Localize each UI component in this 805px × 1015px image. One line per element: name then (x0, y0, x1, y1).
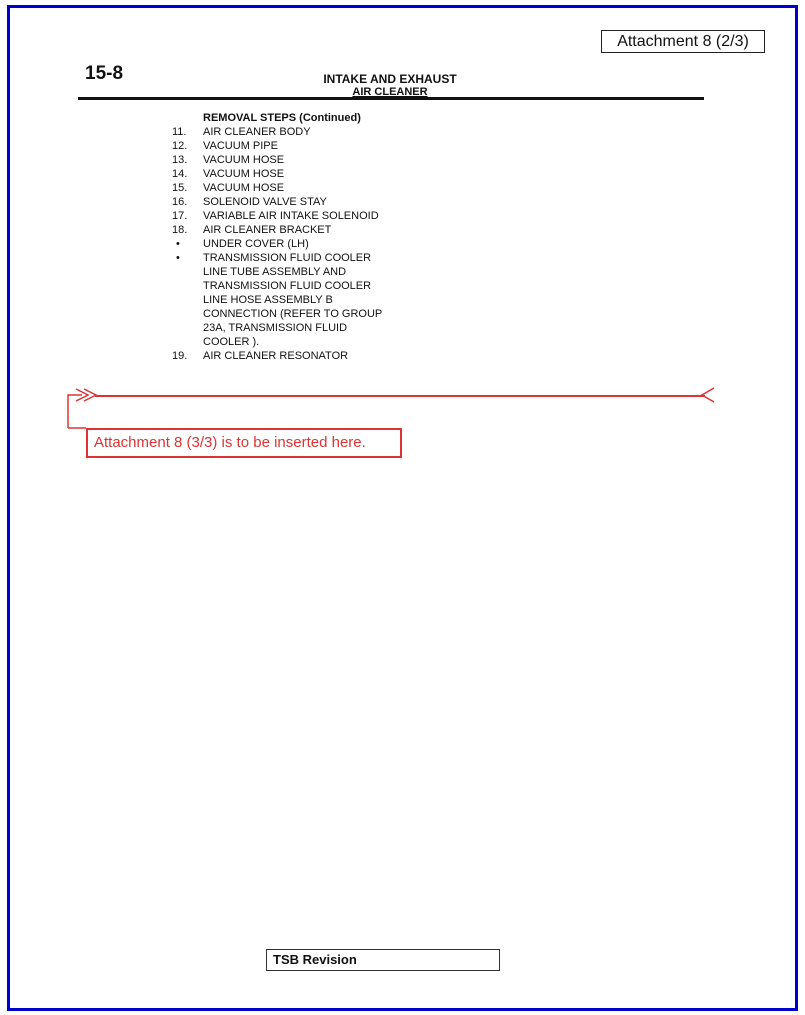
insert-note: Attachment 8 (3/3) is to be inserted her… (86, 428, 402, 458)
step-text: SOLENOID VALVE STAY (203, 195, 393, 209)
step-text: TRANSMISSION FLUID COOLER LINE TUBE ASSE… (203, 251, 393, 349)
step-text: UNDER COVER (LH) (203, 237, 393, 251)
removal-step: 13.VACUUM HOSE (172, 153, 393, 167)
page-frame (7, 5, 798, 1011)
attachment-label: Attachment 8 (2/3) (601, 30, 765, 53)
step-marker: 11. (172, 125, 203, 139)
section-heading: INTAKE AND EXHAUST (0, 72, 780, 86)
removal-step: 16.SOLENOID VALVE STAY (172, 195, 393, 209)
step-text: AIR CLEANER BRACKET (203, 223, 393, 237)
step-marker: 14. (172, 167, 203, 181)
removal-step: 15.VACUUM HOSE (172, 181, 393, 195)
step-text: VACUUM HOSE (203, 181, 393, 195)
tsb-revision-box: TSB Revision (266, 949, 500, 971)
step-marker: • (172, 237, 203, 251)
step-text: AIR CLEANER BODY (203, 125, 393, 139)
removal-step: 14.VACUUM HOSE (172, 167, 393, 181)
insert-line (95, 395, 705, 397)
removal-step: 11.AIR CLEANER BODY (172, 125, 393, 139)
removal-step: 17.VARIABLE AIR INTAKE SOLENOID (172, 209, 393, 223)
step-marker: 15. (172, 181, 203, 195)
step-marker: • (172, 251, 203, 349)
step-marker: 18. (172, 223, 203, 237)
step-marker: 17. (172, 209, 203, 223)
step-text: VACUUM PIPE (203, 139, 393, 153)
removal-step: •UNDER COVER (LH) (172, 237, 393, 251)
removal-step: 18.AIR CLEANER BRACKET (172, 223, 393, 237)
removal-steps-title: REMOVAL STEPS (Continued) (172, 111, 393, 125)
step-text: VACUUM HOSE (203, 167, 393, 181)
step-text: AIR CLEANER RESONATOR (203, 349, 393, 363)
step-marker: 16. (172, 195, 203, 209)
removal-step: •TRANSMISSION FLUID COOLER LINE TUBE ASS… (172, 251, 393, 349)
removal-step: 12.VACUUM PIPE (172, 139, 393, 153)
step-marker: 19. (172, 349, 203, 363)
step-text: VARIABLE AIR INTAKE SOLENOID (203, 209, 393, 223)
step-text: VACUUM HOSE (203, 153, 393, 167)
removal-steps: REMOVAL STEPS (Continued) 11.AIR CLEANER… (172, 111, 393, 363)
step-marker: 13. (172, 153, 203, 167)
step-marker: 12. (172, 139, 203, 153)
removal-step: 19.AIR CLEANER RESONATOR (172, 349, 393, 363)
header-rule (78, 97, 704, 100)
